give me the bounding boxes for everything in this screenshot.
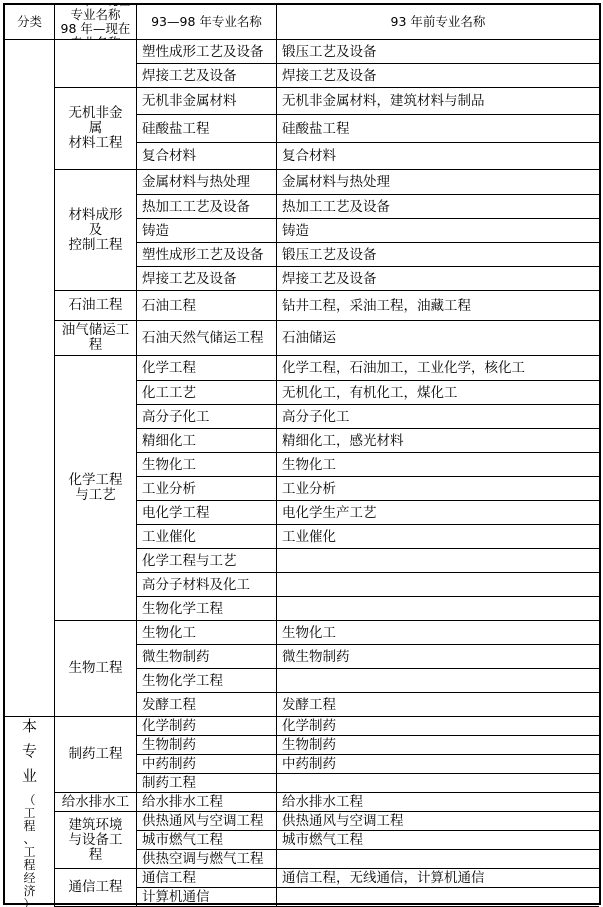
major-93-98-cell: 工业分析 bbox=[137, 477, 277, 501]
major-93-98-cell: 热加工工艺及设备 bbox=[137, 195, 277, 219]
current-major-label-line: 材料工程 bbox=[69, 136, 123, 151]
current-major-label-line: 生物工程 bbox=[69, 661, 123, 676]
major-93-98-cell: 生物化工 bbox=[137, 621, 277, 645]
current-major-label-line: 与工艺 bbox=[75, 488, 116, 503]
major-93-98-cell: 生物化工 bbox=[137, 453, 277, 477]
major-pre93-cell: 石油储运 bbox=[277, 321, 599, 356]
header-current-major-line: 98 年—现在 专业名称 bbox=[55, 22, 136, 40]
major-93-98-cell: 高分子材料及化工 bbox=[137, 573, 277, 597]
current-major-label-line: 程 bbox=[89, 848, 103, 863]
header-current-major: 98 年—现在 专业名称98 年—现在 专业名称 bbox=[55, 5, 137, 40]
major-pre93-cell: 工业分析 bbox=[277, 477, 599, 501]
major-93-98-cell: 塑性成形工艺及设备 bbox=[137, 40, 277, 64]
current-major-cell: 石油工程 bbox=[55, 291, 137, 321]
current-major-label-line: 油气储运工 bbox=[62, 323, 130, 338]
major-93-98-cell: 生物制药 bbox=[137, 736, 277, 755]
major-pre93-cell: 电化学生产工艺 bbox=[277, 501, 599, 525]
current-major-cell: 给水排水工 bbox=[55, 793, 137, 812]
major-93-98-cell: 工业催化 bbox=[137, 525, 277, 549]
major-93-98-cell: 塑性成形工艺及设备 bbox=[137, 243, 277, 267]
current-major-cell: 油气储运工程 bbox=[55, 321, 137, 356]
major-pre93-cell: 化学制药 bbox=[277, 717, 599, 736]
current-major-label-line: 石油工程 bbox=[69, 298, 123, 313]
header-major-93-98: 93—98 年专业名称 bbox=[137, 5, 277, 40]
major-comparison-table: 分类98 年—现在 专业名称98 年—现在 专业名称93—98 年专业名称93 … bbox=[3, 3, 601, 905]
major-pre93-cell bbox=[277, 573, 599, 597]
current-major-label-line: 建筑环境 bbox=[69, 818, 123, 833]
current-major-cell: 生物工程 bbox=[55, 621, 137, 717]
current-major-label-line: 化学工程 bbox=[69, 473, 123, 488]
major-93-98-cell: 铸造 bbox=[137, 219, 277, 243]
major-93-98-cell: 生物化学工程 bbox=[137, 669, 277, 693]
header-major-pre93: 93 年前专业名称 bbox=[277, 5, 599, 40]
major-pre93-cell: 焊接工艺及设备 bbox=[277, 267, 599, 291]
major-93-98-cell: 化学工程 bbox=[137, 356, 277, 381]
category-char: 本 bbox=[22, 719, 37, 734]
major-pre93-cell: 生物化工 bbox=[277, 453, 599, 477]
current-major-cell: 制药工程 bbox=[55, 717, 137, 793]
major-93-98-cell: 电化学工程 bbox=[137, 501, 277, 525]
major-pre93-cell: 给水排水工程 bbox=[277, 793, 599, 812]
major-pre93-cell: 微生物制药 bbox=[277, 645, 599, 669]
major-93-98-cell: 供热通风与空调工程 bbox=[137, 812, 277, 831]
current-major-label-line: 制药工程 bbox=[69, 747, 123, 762]
major-pre93-cell: 中药制药 bbox=[277, 755, 599, 774]
major-93-98-cell: 焊接工艺及设备 bbox=[137, 64, 277, 88]
major-93-98-cell: 城市燃气工程 bbox=[137, 831, 277, 850]
major-93-98-cell: 无机非金属材料 bbox=[137, 88, 277, 115]
major-pre93-cell: 无机非金属材料，建筑材料与制品 bbox=[277, 88, 599, 115]
current-major-label-line: 无机非金 bbox=[69, 106, 123, 121]
current-major-cell: 通信工程 bbox=[55, 869, 137, 907]
category-cell-lower: 本专业（工程、工程经济） bbox=[5, 717, 55, 907]
major-93-98-cell: 化学工程与工艺 bbox=[137, 549, 277, 573]
current-major-label-line: 与设备工 bbox=[69, 833, 123, 848]
current-major-cell: 材料成形及控制工程 bbox=[55, 170, 137, 291]
major-pre93-cell: 发酵工程 bbox=[277, 693, 599, 717]
major-pre93-cell bbox=[277, 597, 599, 621]
major-pre93-cell: 复合材料 bbox=[277, 143, 599, 170]
major-93-98-cell: 发酵工程 bbox=[137, 693, 277, 717]
major-93-98-cell: 供热空调与燃气工程 bbox=[137, 850, 277, 869]
major-93-98-cell: 硅酸盐工程 bbox=[137, 115, 277, 143]
major-93-98-cell: 中药制药 bbox=[137, 755, 277, 774]
major-pre93-cell: 工业催化 bbox=[277, 525, 599, 549]
current-major-label-line: 材料成形 bbox=[69, 208, 123, 223]
major-93-98-cell: 焊接工艺及设备 bbox=[137, 267, 277, 291]
current-major-label-line: 给水排水工 bbox=[62, 795, 130, 810]
category-char: 专 bbox=[22, 744, 37, 759]
major-93-98-cell: 化学制药 bbox=[137, 717, 277, 736]
major-pre93-cell bbox=[277, 549, 599, 573]
major-pre93-cell: 供热通风与空调工程 bbox=[277, 812, 599, 831]
current-major-cell: 无机非金属材料工程 bbox=[55, 88, 137, 170]
major-93-98-cell: 石油天然气储运工程 bbox=[137, 321, 277, 356]
major-pre93-cell: 无机化工，有机化工，煤化工 bbox=[277, 381, 599, 405]
major-93-98-cell: 金属材料与热处理 bbox=[137, 170, 277, 195]
major-pre93-cell: 高分子化工 bbox=[277, 405, 599, 429]
major-93-98-cell: 精细化工 bbox=[137, 429, 277, 453]
major-93-98-cell: 高分子化工 bbox=[137, 405, 277, 429]
current-major-label-line: 及 bbox=[89, 223, 103, 238]
major-pre93-cell: 金属材料与热处理 bbox=[277, 170, 599, 195]
major-pre93-cell: 化学工程，石油加工，工业化学，核化工 bbox=[277, 356, 599, 381]
major-pre93-cell: 生物制药 bbox=[277, 736, 599, 755]
major-pre93-cell: 钻井工程，采油工程，油藏工程 bbox=[277, 291, 599, 321]
major-pre93-cell: 铸造 bbox=[277, 219, 599, 243]
major-93-98-cell: 化工工艺 bbox=[137, 381, 277, 405]
current-major-label-line: 控制工程 bbox=[69, 238, 123, 253]
major-93-98-cell: 计算机通信 bbox=[137, 888, 277, 907]
major-pre93-cell bbox=[277, 774, 599, 793]
major-pre93-cell: 锻压工艺及设备 bbox=[277, 243, 599, 267]
major-93-98-cell: 复合材料 bbox=[137, 143, 277, 170]
major-pre93-cell bbox=[277, 850, 599, 869]
category-char: ） bbox=[23, 898, 35, 907]
major-pre93-cell bbox=[277, 888, 599, 907]
current-major-cell: 化学工程与工艺 bbox=[55, 356, 137, 621]
major-pre93-cell: 精细化工，感光材料 bbox=[277, 429, 599, 453]
major-93-98-cell: 生物化学工程 bbox=[137, 597, 277, 621]
category-cell-upper bbox=[5, 40, 55, 717]
major-pre93-cell bbox=[277, 669, 599, 693]
major-pre93-cell: 城市燃气工程 bbox=[277, 831, 599, 850]
major-pre93-cell: 生物化工 bbox=[277, 621, 599, 645]
category-char: 业 bbox=[22, 769, 37, 784]
major-pre93-cell: 硅酸盐工程 bbox=[277, 115, 599, 143]
current-major-cell: 建筑环境与设备工程 bbox=[55, 812, 137, 869]
header-category: 分类 bbox=[5, 5, 55, 40]
major-93-98-cell: 制药工程 bbox=[137, 774, 277, 793]
current-major-label-line: 程 bbox=[89, 338, 103, 353]
major-pre93-cell: 焊接工艺及设备 bbox=[277, 64, 599, 88]
current-major-cell bbox=[55, 40, 137, 88]
major-pre93-cell: 通信工程，无线通信，计算机通信 bbox=[277, 869, 599, 888]
major-93-98-cell: 石油工程 bbox=[137, 291, 277, 321]
major-93-98-cell: 给水排水工程 bbox=[137, 793, 277, 812]
major-93-98-cell: 微生物制药 bbox=[137, 645, 277, 669]
current-major-label-line: 属 bbox=[89, 121, 103, 136]
header-current-major-line: 98 年—现在 专业名称 bbox=[55, 5, 136, 22]
current-major-label-line: 通信工程 bbox=[69, 880, 123, 895]
major-pre93-cell: 锻压工艺及设备 bbox=[277, 40, 599, 64]
major-pre93-cell: 热加工工艺及设备 bbox=[277, 195, 599, 219]
major-93-98-cell: 通信工程 bbox=[137, 869, 277, 888]
